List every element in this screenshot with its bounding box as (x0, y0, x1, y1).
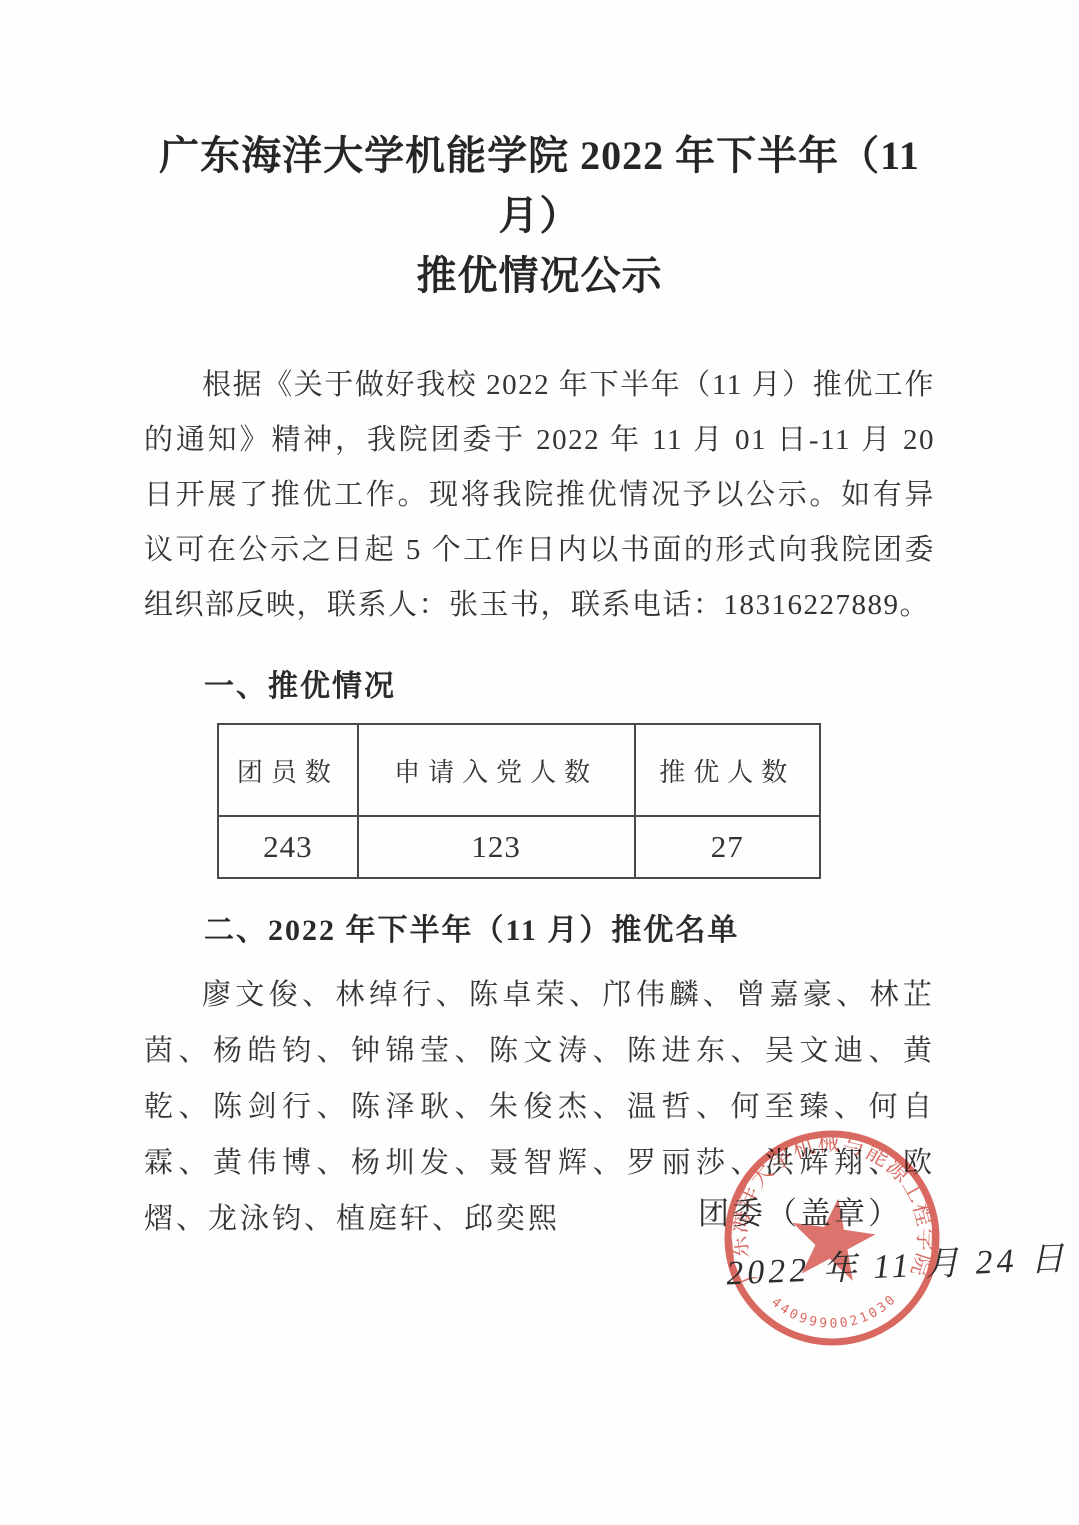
intro-paragraph: 根据《关于做好我校 2022 年下半年（11 月）推优工作的通知》精神，我院团委… (144, 358, 935, 633)
table-header-row: 团员数 申请入党人数 推优人数 (218, 724, 820, 816)
section1-heading: 一、推优情况 (204, 661, 935, 705)
document-page: 广东海洋大学机能学院 2022 年下半年（11 月） 推优情况公示 根据《关于做… (0, 0, 1079, 1525)
value-cell-recommended: 27 (635, 816, 820, 878)
header-cell-recommended: 推优人数 (635, 724, 820, 816)
title-line-2: 推优情况公示 (417, 253, 663, 298)
value-cell-applicants: 123 (358, 816, 635, 878)
value-cell-members: 243 (218, 816, 358, 878)
page-title: 广东海洋大学机能学院 2022 年下半年（11 月） 推优情况公示 (144, 126, 935, 306)
header-cell-applicants: 申请入党人数 (358, 724, 635, 816)
title-line-1: 广东海洋大学机能学院 2022 年下半年（11 月） (159, 133, 920, 238)
signature-label: 团委（盖章） (698, 1188, 902, 1233)
stats-table: 团员数 申请入党人数 推优人数 243 123 27 (217, 723, 821, 879)
table-value-row: 243 123 27 (218, 816, 820, 878)
section2-heading: 二、2022 年下半年（11 月）推优名单 (204, 905, 935, 949)
header-cell-members: 团员数 (218, 724, 358, 816)
